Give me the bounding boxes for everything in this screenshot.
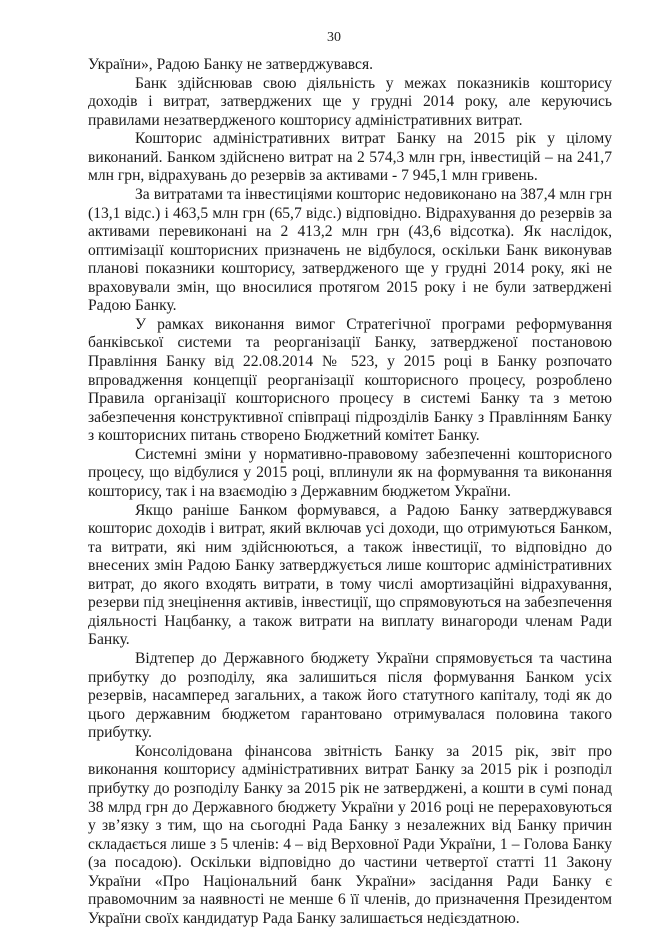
paragraph-consolidated-reporting: Консолідована фінансова звітність Банку … (88, 743, 612, 929)
paragraph-continuation: України», Радою Банку не затверджувався. (88, 56, 612, 75)
paragraph-budget-execution: Кошторис адміністративних витрат Банку н… (88, 130, 612, 186)
paragraph-previous-practice: Якщо раніше Банком формувався, а Радою Б… (88, 502, 612, 651)
paragraph-systemic-changes: Системні зміни у нормативно-правовому за… (88, 446, 612, 502)
paragraph-profit-distribution: Відтепер до Державного бюджету України с… (88, 650, 612, 743)
page-number: 30 (0, 30, 668, 46)
document-body: України», Радою Банку не затверджувався.… (88, 56, 612, 928)
paragraph-bank-activity: Банк здійснював свою діяльність у межах … (88, 75, 612, 131)
paragraph-underexecution: За витратами та інвестиціями кошторис не… (88, 186, 612, 316)
paragraph-strategic-program: У рамках виконання вимог Стратегічної пр… (88, 316, 612, 446)
